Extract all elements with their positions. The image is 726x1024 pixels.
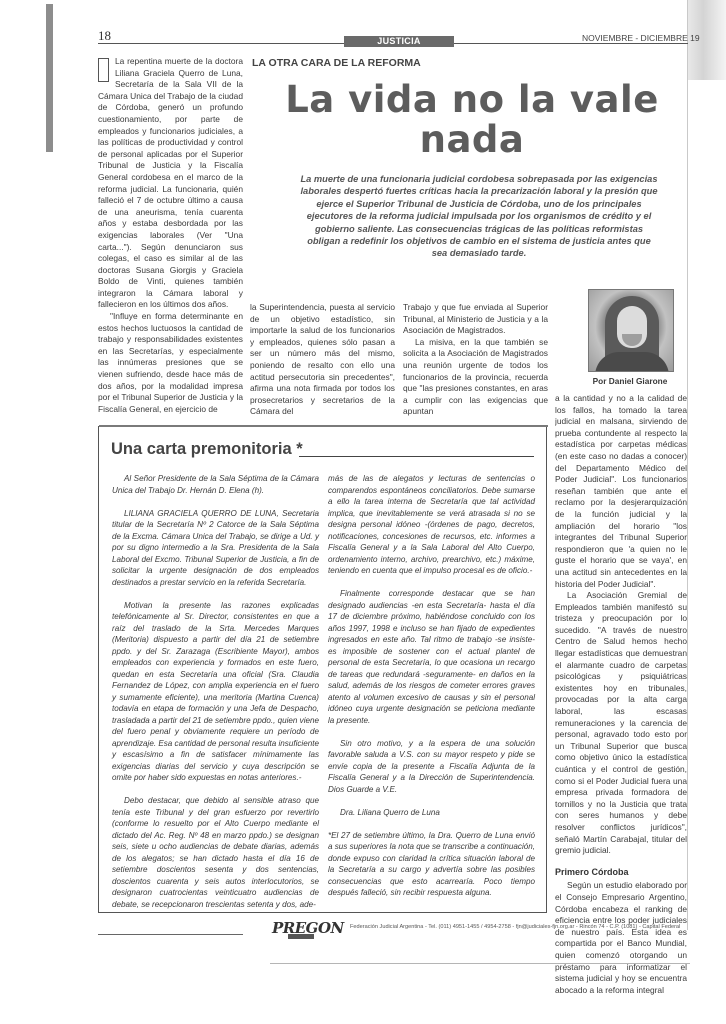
- pregon-logo-underline: [288, 934, 314, 939]
- letter-sidebar-box: Una carta premonitoria * Al Señor Presid…: [98, 426, 547, 913]
- footer-rule: [98, 934, 243, 935]
- article-column-right: a la cantidad y no a la calidad de los f…: [555, 393, 687, 996]
- letter-paragraph: Debo destacar, que debido al sensible at…: [112, 795, 319, 910]
- right-paragraph-1: a la cantidad y no a la calidad de los f…: [555, 393, 687, 590]
- page-fold-line: [687, 0, 688, 930]
- intro-column: La repentina muerte de la doctora Lilian…: [98, 56, 243, 415]
- letter-paragraph: Sin otro motivo, y a la espera de una so…: [328, 738, 535, 796]
- article-column-a: la Superintendencia, puesta al servicio …: [250, 302, 395, 418]
- drop-cap-box: [98, 58, 109, 82]
- letter-paragraph: LILIANA GRACIELA QUERRO DE LUNA, Secreta…: [112, 508, 319, 589]
- page-number: 18: [98, 28, 111, 44]
- letter-left-column: Al Señor Presidente de la Sala Séptima d…: [112, 473, 319, 922]
- letter-paragraph: Al Señor Presidente de la Sala Séptima d…: [112, 473, 319, 496]
- article-kicker: LA OTRA CARA DE LA REFORMA: [252, 57, 421, 69]
- column-b-paragraph-1: Trabajo y que fue enviada al Superior Tr…: [403, 302, 548, 337]
- letter-footnote: *El 27 de setiembre último, la Dra. Quer…: [328, 830, 535, 899]
- photo-shirt: [595, 352, 669, 372]
- subhead-primero-cordoba: Primero Córdoba: [555, 867, 687, 879]
- article-column-b: Trabajo y que fue enviada al Superior Tr…: [403, 302, 548, 418]
- letter-paragraph: Motivan la presente las razones explicad…: [112, 600, 319, 784]
- letter-right-column: más de las de alegatos y lecturas de sen…: [328, 473, 535, 910]
- article-deck: La muerte de una funcionaria judicial co…: [300, 173, 658, 260]
- letter-title-rule: [299, 456, 534, 457]
- intro-paragraph-1: La repentina muerte de la doctora Lilian…: [98, 56, 243, 311]
- letter-signature: Dra. Liliana Querro de Luna: [328, 807, 535, 819]
- right-paragraph-3: Según un estudio elaborado por el Consej…: [555, 880, 687, 996]
- intro-paragraph-2: "Influye en forma determinante en estos …: [98, 311, 243, 415]
- author-photo: [588, 289, 674, 372]
- letter-paragraph: más de las de alegatos y lecturas de sen…: [328, 473, 535, 577]
- letter-paragraph: Finalmente corresponde destacar que se h…: [328, 588, 535, 726]
- footer-contact-info: Federación Judicial Argentina - Tel. (01…: [350, 924, 690, 930]
- footer-bottom-rule: [270, 963, 690, 964]
- section-label: JUSTICIA: [344, 36, 454, 47]
- column-a-paragraph: la Superintendencia, puesta al servicio …: [250, 302, 395, 418]
- photo-credit: Por Daniel Giarone: [580, 376, 680, 386]
- article-headline: La vida no la vale nada: [262, 80, 682, 160]
- letter-title: Una carta premonitoria *: [111, 440, 303, 459]
- column-b-paragraph-2: La misiva, en la que también se solicita…: [403, 337, 548, 418]
- scan-binding-shadow: [46, 4, 53, 152]
- issue-date: NOVIEMBRE - DICIEMBRE 19: [582, 33, 700, 43]
- right-paragraph-2: La Asociación Gremial de Empleados tambi…: [555, 590, 687, 857]
